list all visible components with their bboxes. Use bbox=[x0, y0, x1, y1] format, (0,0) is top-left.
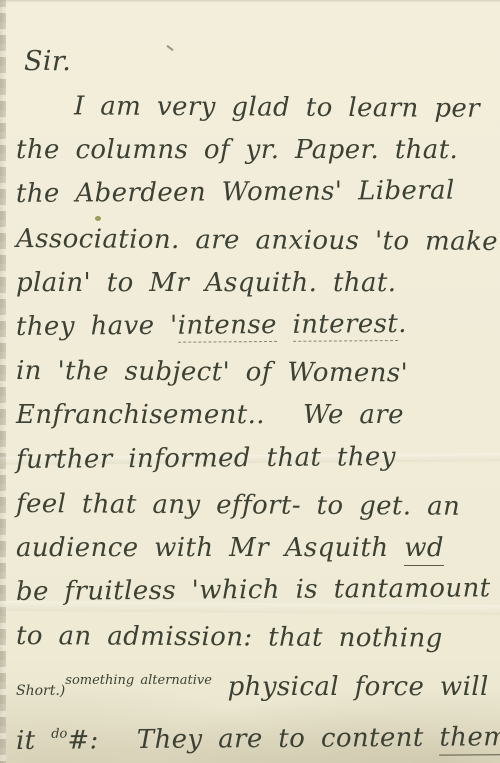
letter-line-segment: be fruitless 'which is tantamount — bbox=[16, 573, 500, 607]
letter-line-segment: it bbox=[16, 726, 51, 756]
letter-line-segment: I am very glad to learn per bbox=[74, 91, 480, 123]
letter-line-segment: intense bbox=[178, 310, 277, 343]
letter-line-segment: We are bbox=[303, 400, 404, 430]
letter-line: Association. are anxious 'to make bbox=[16, 217, 494, 264]
letter-line: Short.)something alternative physical fo… bbox=[16, 659, 494, 713]
letter-line-segment: in 'the subject' of Womens' bbox=[16, 356, 408, 388]
letter-line: be fruitless 'which is tantamount — bbox=[16, 566, 494, 614]
letter-line: Enfranchisement..We are bbox=[16, 393, 494, 437]
letter-line-segment: the Aberdeen Womens' Liberal bbox=[16, 176, 455, 209]
letter-line: they have 'intense interest. bbox=[16, 301, 494, 349]
letter-line: the columns of yr. Paper. that. bbox=[16, 128, 494, 172]
scan-edge-top bbox=[0, 0, 500, 3]
letter-line-segment: plain' to Mr Asquith. that. bbox=[16, 268, 396, 298]
letter-line-segment bbox=[277, 310, 293, 340]
letter-line: the Aberdeen Womens' Liberal bbox=[16, 169, 494, 217]
letter-line-segment: wd bbox=[404, 533, 444, 566]
letter-line-segment: audience with Mr Asquith bbox=[16, 533, 404, 563]
scanned-letter-page: { "document": { "type": "handwritten-let… bbox=[0, 0, 500, 763]
letter-line: feel that any effort- to get. an bbox=[16, 482, 494, 529]
letter-line-segment: they have ' bbox=[16, 311, 178, 342]
letter-line-segment: themselves bbox=[439, 721, 500, 755]
letter-line-segment: to an admission: that nothing bbox=[16, 621, 443, 654]
letter-line: in 'the subject' of Womens' bbox=[16, 349, 494, 396]
letter-line-segment: feel that any effort- to get. an bbox=[16, 489, 460, 522]
letter-line: I am very glad to learn per bbox=[16, 84, 494, 131]
letter-line-segment: physical force will do bbox=[212, 672, 500, 702]
letter-line-segment: Association. are anxious 'to make bbox=[16, 224, 498, 257]
letter-line-segment: Short.) bbox=[16, 683, 65, 699]
letter-line-segment: interest bbox=[292, 309, 398, 342]
letter-line: to an admission: that nothing bbox=[16, 614, 494, 661]
letter-line: plain' to Mr Asquith. that. bbox=[16, 261, 494, 305]
letter-lines: I am very glad to learn perthe columns o… bbox=[16, 84, 494, 763]
salutation: Sir. bbox=[24, 40, 494, 84]
letter-line-segment: They are to content bbox=[137, 723, 440, 755]
letter-line-segment: . bbox=[398, 309, 407, 339]
letter-line: it do#:They are to content themselves bbox=[16, 709, 494, 763]
letter-line-segment: do bbox=[51, 726, 67, 741]
letter-line-segment: further informed that they bbox=[16, 442, 396, 475]
letter-line: audience with Mr Asquith wd bbox=[16, 526, 494, 570]
letter-line-segment: Enfranchisement.. bbox=[16, 400, 265, 430]
letter-body: Sir. I am very glad to learn perthe colu… bbox=[16, 40, 494, 763]
letter-line-segment: something alternative bbox=[65, 673, 212, 688]
letter-line-segment: the columns of yr. Paper. that. bbox=[16, 135, 458, 165]
scan-edge-left bbox=[0, 0, 6, 763]
letter-line-segment: #: bbox=[67, 725, 99, 755]
letter-line: further informed that they bbox=[16, 434, 494, 482]
